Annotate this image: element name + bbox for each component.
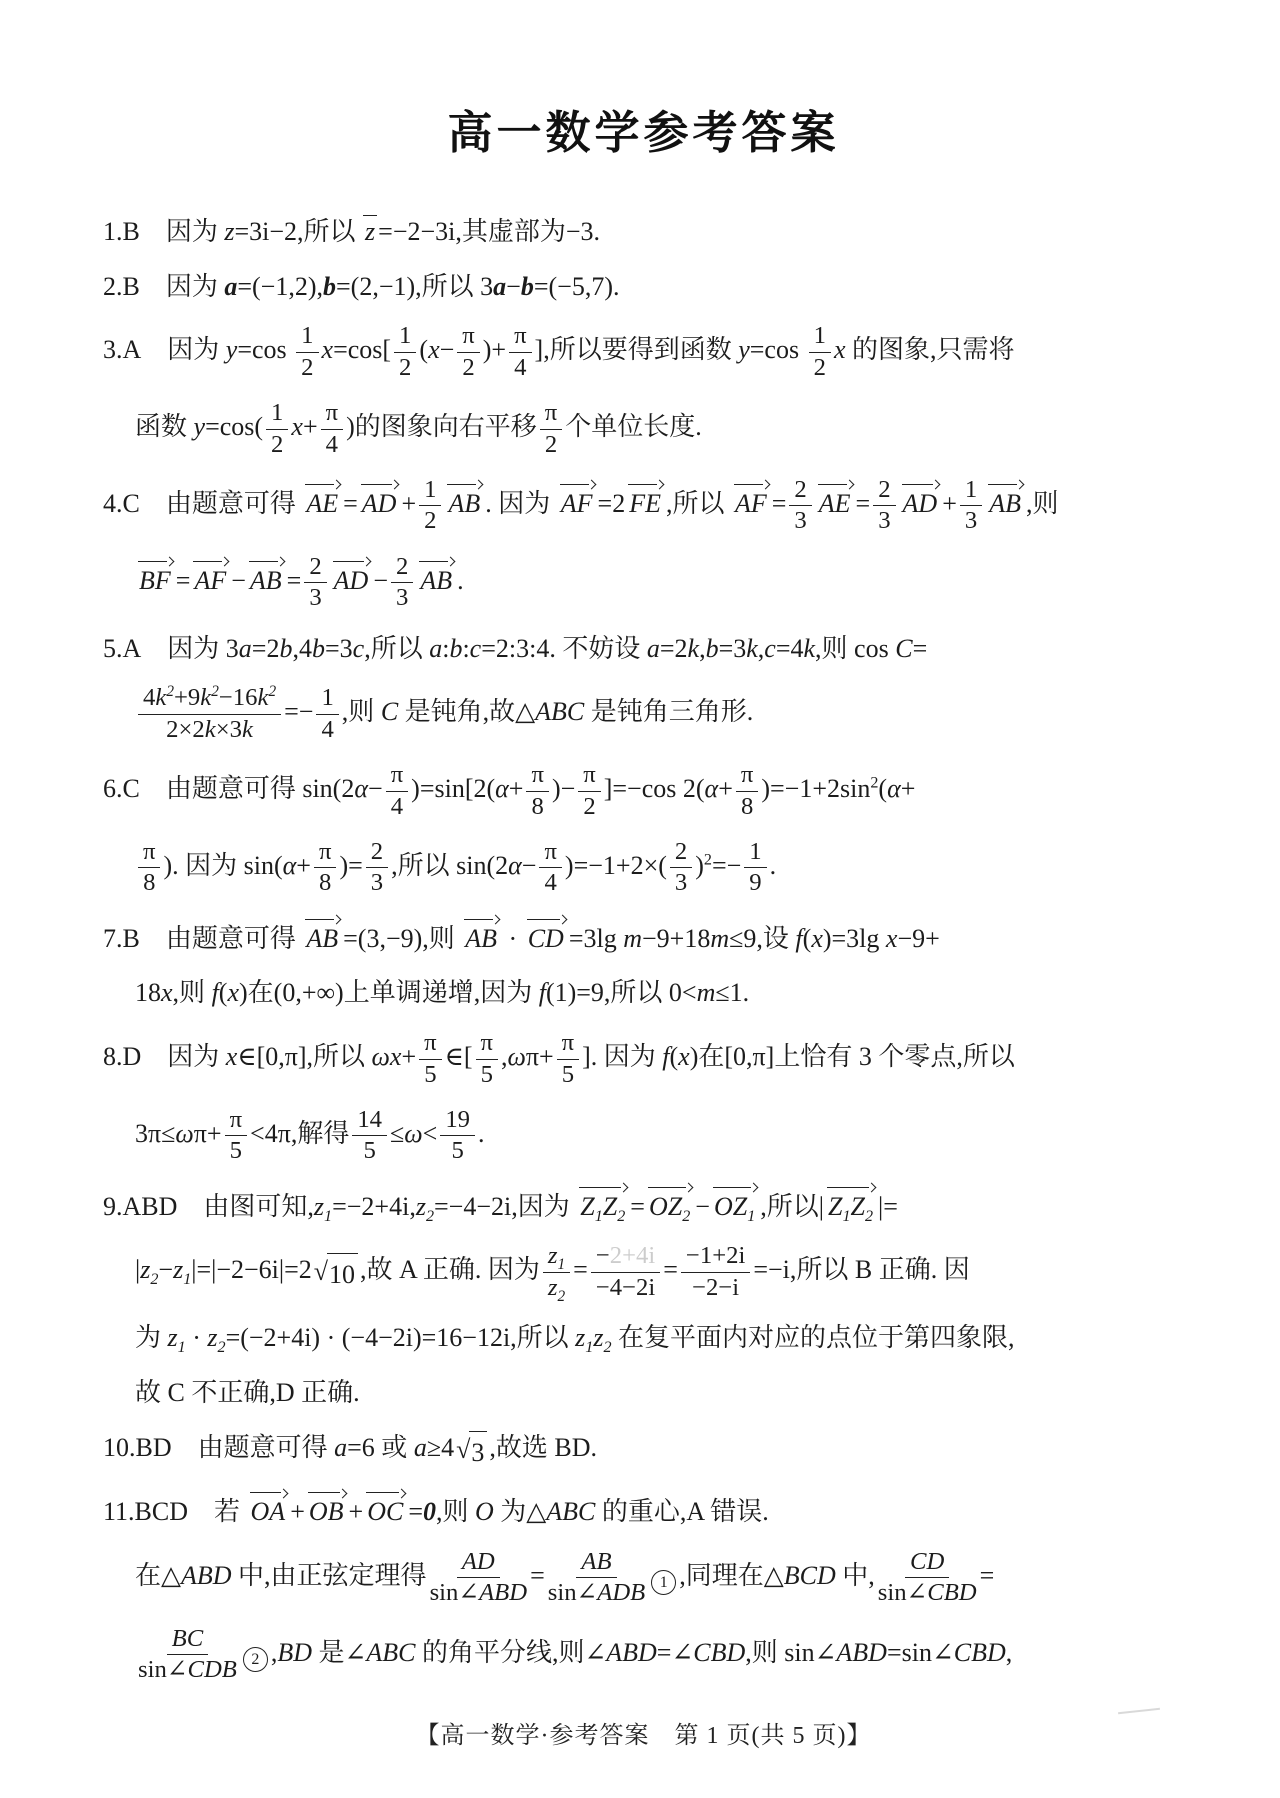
math-variable: C xyxy=(381,697,398,726)
text-run: 5 xyxy=(481,1061,493,1088)
answer-line: π8). 因为 sin(α+π8)=23,所以 sin(2α−π4)=−1+2×… xyxy=(135,838,1184,898)
text-run: AB xyxy=(250,566,282,595)
math-variable: CBD xyxy=(954,1638,1006,1667)
math-variable: z2 xyxy=(416,1192,434,1221)
math-bold-symbol: 0 xyxy=(423,1497,436,1526)
text-run: ∈[0,π],所以 xyxy=(237,1042,371,1071)
math-variable: ABD xyxy=(181,1561,232,1590)
text-run: = xyxy=(343,489,358,518)
text-run: ×3 xyxy=(216,716,242,743)
text-run: 4 xyxy=(514,354,526,381)
text-run: AD xyxy=(334,566,369,595)
math-variable: y xyxy=(194,412,206,441)
text-run: π+ xyxy=(526,1042,554,1071)
math-variable: CBD xyxy=(693,1638,745,1667)
text-run: 若 xyxy=(214,1497,247,1526)
text-run: 2 xyxy=(424,507,436,534)
answer-item: 10.BD由题意可得 a=6 或 a≥4√3,故选 BD. xyxy=(103,1429,1184,1472)
denominator: 2 xyxy=(545,430,557,459)
subscript: 2 xyxy=(603,1339,611,1356)
math-variable: O xyxy=(475,1497,494,1526)
text-run: 2 xyxy=(371,838,383,865)
text-run: . xyxy=(478,1119,485,1148)
fraction: BCsin∠CDB xyxy=(138,1625,237,1685)
radical-icon: √ xyxy=(314,1253,328,1291)
numerator: −2+4i xyxy=(591,1242,660,1272)
answer-number: 7.B xyxy=(103,920,140,958)
numerator: AD xyxy=(457,1548,500,1578)
vector-overarrow: OC xyxy=(364,1488,407,1527)
math-variable: a xyxy=(647,634,660,663)
math-bold-symbol: a xyxy=(493,272,506,301)
math-variable: x xyxy=(678,1042,690,1071)
text-run: =(3,−9),则 xyxy=(343,924,461,953)
fraction: 23 xyxy=(670,838,692,898)
numerator: 14 xyxy=(352,1106,387,1136)
text-run: AB xyxy=(989,489,1021,518)
text-run: (1)=9,所以 0< xyxy=(546,978,697,1007)
math-variable: k xyxy=(205,716,216,743)
math-variable: z2 xyxy=(207,1323,225,1352)
text-run: )=sin[2( xyxy=(411,774,495,803)
denominator: 8 xyxy=(143,868,155,897)
answer-item: 5.A因为 3a=2b,4b=3c,所以 a:b:c=2:3:4. 不妨设 a=… xyxy=(103,630,1184,745)
math-variable: a xyxy=(429,634,442,663)
answer-number: 5.A xyxy=(103,630,141,668)
math-variable: z1 xyxy=(173,1255,191,1284)
denominator: 2 xyxy=(814,353,826,382)
text-run: AF xyxy=(194,566,226,595)
text-run: 的角平分线,则∠ xyxy=(415,1638,606,1667)
text-run: CD xyxy=(528,924,564,953)
fraction: 12 xyxy=(266,399,288,459)
denominator: 5 xyxy=(424,1060,436,1089)
text-run: 2 xyxy=(462,354,474,381)
text-run: 4 xyxy=(326,431,338,458)
math-variable: a xyxy=(239,634,252,663)
text-run: 5 xyxy=(230,1137,242,1164)
text-run: −16 xyxy=(219,684,258,711)
fraction: 12 xyxy=(809,322,831,382)
text-run: − xyxy=(231,566,246,595)
text-run: π xyxy=(545,399,557,426)
text-run: 中, xyxy=(836,1561,875,1590)
math-variable: f xyxy=(662,1042,669,1071)
text-run: AD xyxy=(903,489,938,518)
answer-line: 11.BCD若 OA+OB+OC=0,则 O 为△ABC 的重心,A 错误. xyxy=(103,1488,1184,1531)
vector-overarrow: OZ1 xyxy=(711,1183,759,1222)
vector-overarrow: AB xyxy=(247,557,286,596)
answers-list: 1.B因为 z=3i−2,所以 z=−2−3i,其虚部为−3.2.B因为 a=(… xyxy=(103,213,1184,1685)
superscript: 2 xyxy=(166,683,174,700)
text-run: = xyxy=(913,634,928,663)
text-run: . xyxy=(770,851,777,880)
math-variable: k2 xyxy=(200,684,219,711)
radical-icon: √ xyxy=(456,1431,470,1469)
answer-line: 4.C由题意可得 AE=AD+12AB. 因为 AF=2FE,所以 AF=23A… xyxy=(103,476,1184,536)
text-run: − xyxy=(522,851,537,880)
vector-overarrow: AD xyxy=(331,557,373,596)
text-run: −2−i xyxy=(692,1274,739,1301)
numerator: 1 xyxy=(316,684,338,714)
math-variable: z2 xyxy=(593,1323,611,1352)
text-run: 2 xyxy=(675,838,687,865)
fraction: π4 xyxy=(509,322,531,382)
text-run: ,所以| xyxy=(760,1192,824,1221)
text-run: =sin∠ xyxy=(887,1638,954,1667)
text-run: 的图象,只需将 xyxy=(845,335,1014,364)
denominator: 3 xyxy=(794,506,806,535)
denominator: 8 xyxy=(532,792,544,821)
math-variable: z2 xyxy=(548,1274,565,1301)
text-run: 14 xyxy=(357,1106,382,1133)
text-run: =cos[ xyxy=(333,335,391,364)
text-run: ,所以 xyxy=(666,489,731,518)
text-run: 18 xyxy=(135,978,161,1007)
vector-overarrow: AE xyxy=(816,480,855,519)
subscript: 1 xyxy=(747,1208,755,1225)
fraction: π8 xyxy=(314,838,336,898)
vector-overarrow: CD xyxy=(525,915,568,954)
numerator: 19 xyxy=(440,1106,475,1136)
denominator: 2×2k×3k xyxy=(166,715,253,744)
text-run: π+ xyxy=(194,1119,222,1148)
circled-number: 2 xyxy=(243,1647,268,1672)
answer-number: 1.B xyxy=(103,213,140,251)
text-run: 由题意可得 xyxy=(166,924,303,953)
numerator: 2 xyxy=(670,838,692,868)
math-variable: ABC xyxy=(546,1497,595,1526)
fraction: 14 xyxy=(316,684,338,744)
text-run: )= xyxy=(339,851,362,880)
text-run: 3 xyxy=(371,869,383,896)
math-bold-symbol: b xyxy=(323,272,336,301)
answer-number: 9.ABD xyxy=(103,1188,177,1226)
numerator: BC xyxy=(167,1625,209,1655)
text-run: = xyxy=(772,489,787,518)
math-variable: f xyxy=(795,924,802,953)
text-run: )的图象向右平移 xyxy=(346,412,537,441)
math-variable: Z1 xyxy=(828,1192,851,1221)
answer-number: 6.C xyxy=(103,770,140,808)
document-sheet: 高一数学参考答案 1.B因为 z=3i−2,所以 z=−2−3i,其虚部为−3.… xyxy=(0,0,1280,1750)
text-run: 因为 3 xyxy=(167,634,239,663)
vector-overarrow: AD xyxy=(900,480,942,519)
text-run: 2 xyxy=(878,476,890,503)
subscript: 2 xyxy=(426,1208,434,1225)
denominator: 4 xyxy=(321,715,333,744)
denominator: 9 xyxy=(749,868,761,897)
math-variable: k xyxy=(804,634,816,663)
text-run: ( xyxy=(878,774,887,803)
text-run: π xyxy=(424,1029,436,1056)
math-variable: y xyxy=(226,335,238,364)
conjugate-overline: z xyxy=(363,215,377,247)
math-variable: x xyxy=(291,412,303,441)
numerator: π xyxy=(476,1029,498,1059)
denominator: 3 xyxy=(309,583,321,612)
fraction: π2 xyxy=(457,322,479,382)
text-run: ,故 A 正确. 因为 xyxy=(360,1255,540,1284)
math-variable: α xyxy=(705,774,719,803)
text-run: ). 因为 sin( xyxy=(163,851,282,880)
text-run: 8 xyxy=(532,793,544,820)
text-run: =− xyxy=(712,851,741,880)
fraction: π4 xyxy=(539,838,561,898)
math-variable: ABD xyxy=(836,1638,887,1667)
numerator: 4k2+9k2−16k2 xyxy=(138,684,281,714)
answer-line: 2.B因为 a=(−1,2),b=(2,−1),所以 3a−b=(−5,7). xyxy=(103,268,1184,306)
text-run: =3lg xyxy=(569,924,623,953)
text-run: + xyxy=(296,851,311,880)
math-variable: CBD xyxy=(927,1579,976,1606)
numerator: z1 xyxy=(543,1242,570,1272)
math-variable: a xyxy=(334,1433,347,1462)
answer-line: 在△ABD 中,由正弦定理得ADsin∠ABD=ABsin∠ADB1,同理在△B… xyxy=(135,1548,1184,1608)
text-run: AB xyxy=(448,489,480,518)
text-run: 1 xyxy=(424,476,436,503)
subscript: 1 xyxy=(558,1256,566,1273)
subscript: 1 xyxy=(842,1208,850,1225)
text-run: 因为 xyxy=(166,272,225,301)
math-variable: x xyxy=(322,335,334,364)
math-variable: ABD xyxy=(606,1638,657,1667)
answer-line: |z2−z1|=|−2−6i|=2√10,故 A 正确. 因为z1z2=−2+4… xyxy=(135,1242,1184,1302)
text-run: · xyxy=(186,1323,208,1352)
text-run: π xyxy=(741,761,753,788)
text-run: 由图可知, xyxy=(203,1192,314,1221)
text-run: ( xyxy=(670,1042,679,1071)
vector-overarrow: AF xyxy=(558,480,597,519)
denominator: sin∠CBD xyxy=(878,1578,977,1607)
text-run: − xyxy=(158,1255,173,1284)
numerator: 1 xyxy=(809,322,831,352)
text-run: )在[0,π]上恰有 3 个零点,所以 xyxy=(690,1042,1015,1071)
math-variable: x xyxy=(886,924,898,953)
text-run: 是∠ xyxy=(312,1638,366,1667)
fraction: π4 xyxy=(321,399,343,459)
text-run: )在(0,+∞)上单调递增,因为 xyxy=(239,978,539,1007)
denominator: 2 xyxy=(424,506,436,535)
text-run: =(−5,7). xyxy=(534,272,620,301)
text-run: = xyxy=(287,566,302,595)
denominator: 5 xyxy=(364,1136,376,1165)
text-run: − xyxy=(368,774,383,803)
text-run: sin∠ xyxy=(878,1579,928,1606)
answer-number: 10.BD xyxy=(103,1429,172,1467)
answer-line: 6.C由题意可得 sin(2α−π4)=sin[2(α+π8)−π2]=−cos… xyxy=(103,761,1184,821)
text-run: ( xyxy=(803,924,812,953)
superscript: 2 xyxy=(704,851,712,868)
text-run: 是钝角,故△ xyxy=(398,697,535,726)
text-run: =cos( xyxy=(205,412,263,441)
text-run: sin∠ xyxy=(548,1579,598,1606)
fraction: 195 xyxy=(440,1106,475,1166)
denominator: 3 xyxy=(878,506,890,535)
text-run: 1 xyxy=(271,399,283,426)
text-run: − xyxy=(440,335,455,364)
math-variable: Z2 xyxy=(603,1192,626,1221)
fraction: 4k2+9k2−16k22×2k×3k xyxy=(138,684,281,744)
text-run: − xyxy=(373,566,388,595)
vector-overarrow: FE xyxy=(626,480,665,519)
math-bold-symbol: b xyxy=(521,272,534,301)
math-variable: OZ2 xyxy=(649,1192,690,1221)
answer-line: 3π≤ωπ+π5<4π,解得145≤ω<195. xyxy=(135,1106,1184,1166)
fraction: π5 xyxy=(476,1029,498,1089)
denominator: 4 xyxy=(391,792,403,821)
math-variable: x xyxy=(428,335,440,364)
numerator: π xyxy=(138,838,160,868)
denominator: 3 xyxy=(396,583,408,612)
math-variable: ω xyxy=(175,1119,193,1148)
text-run: =2:3:4. 不妨设 xyxy=(481,634,647,663)
fraction: π8 xyxy=(138,838,160,898)
text-run: π xyxy=(514,322,526,349)
denominator: sin∠ABD xyxy=(430,1578,528,1607)
text-run: 1 xyxy=(749,838,761,865)
fraction: π5 xyxy=(557,1029,579,1089)
denominator: 5 xyxy=(452,1136,464,1165)
subscript: 2 xyxy=(865,1208,873,1225)
fraction: π8 xyxy=(526,761,548,821)
text-run: =−2+4i, xyxy=(332,1192,416,1221)
math-variable: b xyxy=(449,634,462,663)
denominator: sin∠ADB xyxy=(548,1578,646,1607)
text-run: 2 xyxy=(814,354,826,381)
text-run: OA xyxy=(251,1497,286,1526)
numerator: π xyxy=(526,761,548,791)
math-variable: x xyxy=(390,1042,402,1071)
text-run: π xyxy=(544,838,556,865)
text-run: + xyxy=(718,774,733,803)
text-run: , xyxy=(1006,1638,1013,1667)
math-variable: z2 xyxy=(140,1255,158,1284)
text-run: = xyxy=(630,1192,645,1221)
text-run: 1 xyxy=(399,322,411,349)
text-run: =3i−2,所以 xyxy=(234,217,362,246)
text-run: = xyxy=(408,1497,423,1526)
answer-item: 6.C由题意可得 sin(2α−π4)=sin[2(α+π8)−π2]=−cos… xyxy=(103,761,1184,898)
text-run: =−2−3i,其虚部为−3. xyxy=(378,217,600,246)
numerator: −1+2i xyxy=(681,1242,750,1272)
math-variable: ω xyxy=(404,1119,422,1148)
numerator: 1 xyxy=(960,476,982,506)
math-variable: k xyxy=(688,634,700,663)
text-run: + xyxy=(349,1497,364,1526)
math-variable: α xyxy=(283,851,297,880)
fraction: z1z2 xyxy=(543,1242,570,1302)
denominator: 8 xyxy=(741,792,753,821)
answer-item: 7.B由题意可得 AB=(3,−9),则 AB · CD=3lg m−9+18m… xyxy=(103,915,1184,1012)
text-run: π xyxy=(319,838,331,865)
text-run: =2 xyxy=(598,489,626,518)
numerator: π xyxy=(419,1029,441,1059)
math-variable: α xyxy=(354,774,368,803)
vector-overarrow: AD xyxy=(359,480,401,519)
text-run: ]. 因为 xyxy=(582,1042,662,1071)
numerator: 2 xyxy=(391,553,413,583)
text-run: 3 xyxy=(965,507,977,534)
subscript: 2 xyxy=(682,1208,690,1225)
math-variable: ABD xyxy=(479,1579,527,1606)
text-run: 1 xyxy=(321,684,333,711)
text-run: |= xyxy=(878,1192,898,1221)
fraction: 23 xyxy=(304,553,326,613)
numerator: π xyxy=(509,322,531,352)
text-run: 5 xyxy=(562,1061,574,1088)
subscript: 2 xyxy=(218,1339,226,1356)
text-run: = xyxy=(663,1255,678,1284)
vector-overarrow: AB xyxy=(986,480,1025,519)
math-bold-symbol: a xyxy=(224,272,237,301)
text-run: 4 xyxy=(321,716,333,743)
vector-overarrow: AF xyxy=(191,557,230,596)
text-run: 2 xyxy=(271,431,283,458)
math-variable: ABC xyxy=(535,697,584,726)
answer-line: 8.D因为 x∈[0,π],所以 ωx+π5∈[π5,ωπ+π5]. 因为 f(… xyxy=(103,1029,1184,1089)
text-run: 因为 xyxy=(166,217,225,246)
text-run: ,则 cos xyxy=(815,634,895,663)
math-variable: x xyxy=(161,978,173,1007)
fraction: −1+2i−2−i xyxy=(681,1242,750,1302)
text-run: π xyxy=(462,322,474,349)
numerator: π xyxy=(540,399,562,429)
text-run: )=−1+2 xyxy=(761,774,840,803)
text-run: 3 xyxy=(396,584,408,611)
text-run: 2×2 xyxy=(166,716,205,743)
answer-line: 函数 y=cos(12x+π4)的图象向右平移π2个单位长度. xyxy=(135,399,1184,459)
math-variable: b xyxy=(312,634,325,663)
fraction: π2 xyxy=(540,399,562,459)
text-run: =−i,所以 B 正确. 因 xyxy=(753,1255,969,1284)
denominator: 2 xyxy=(301,353,313,382)
text-run: =(2,−1),所以 3 xyxy=(336,272,493,301)
text-run: AB xyxy=(420,566,452,595)
denominator: 4 xyxy=(326,430,338,459)
text-run: 由题意可得 xyxy=(166,489,303,518)
text-run: + xyxy=(901,774,916,803)
text-run: OB xyxy=(309,1497,344,1526)
text-run: −9+18 xyxy=(642,924,710,953)
math-variable: m xyxy=(697,978,716,1007)
math-variable: z1 xyxy=(314,1192,332,1221)
math-variable: k xyxy=(746,634,758,663)
numerator: AB xyxy=(576,1548,616,1578)
text-run: −9+ xyxy=(897,924,939,953)
math-variable: BD xyxy=(277,1638,312,1667)
text-run: 是钝角三角形. xyxy=(584,697,753,726)
text-run: 为△ xyxy=(494,1497,547,1526)
vector-overarrow: OA xyxy=(248,1488,290,1527)
text-run: AE xyxy=(819,489,851,518)
numerator: π xyxy=(736,761,758,791)
math-variable: k2 xyxy=(155,684,174,711)
text-run: =3 xyxy=(325,634,353,663)
text-run: FE xyxy=(629,489,661,518)
answer-number: 8.D xyxy=(103,1038,141,1076)
text-run: ],所以要得到函数 xyxy=(535,335,739,364)
denominator: −2−i xyxy=(692,1273,739,1302)
numerator: π xyxy=(321,399,343,429)
text-run: ,则 sin∠ xyxy=(745,1638,836,1667)
fraction: −2+4i−4−2i xyxy=(591,1242,660,1302)
text-run: · xyxy=(502,924,524,953)
answer-line: 18x,则 f(x)在(0,+∞)上单调递增,因为 f(1)=9,所以 0<m≤… xyxy=(135,974,1184,1012)
radicand: 3 xyxy=(469,1431,487,1472)
answer-line: 10.BD由题意可得 a=6 或 a≥4√3,故选 BD. xyxy=(103,1429,1184,1472)
numerator: 1 xyxy=(419,476,441,506)
